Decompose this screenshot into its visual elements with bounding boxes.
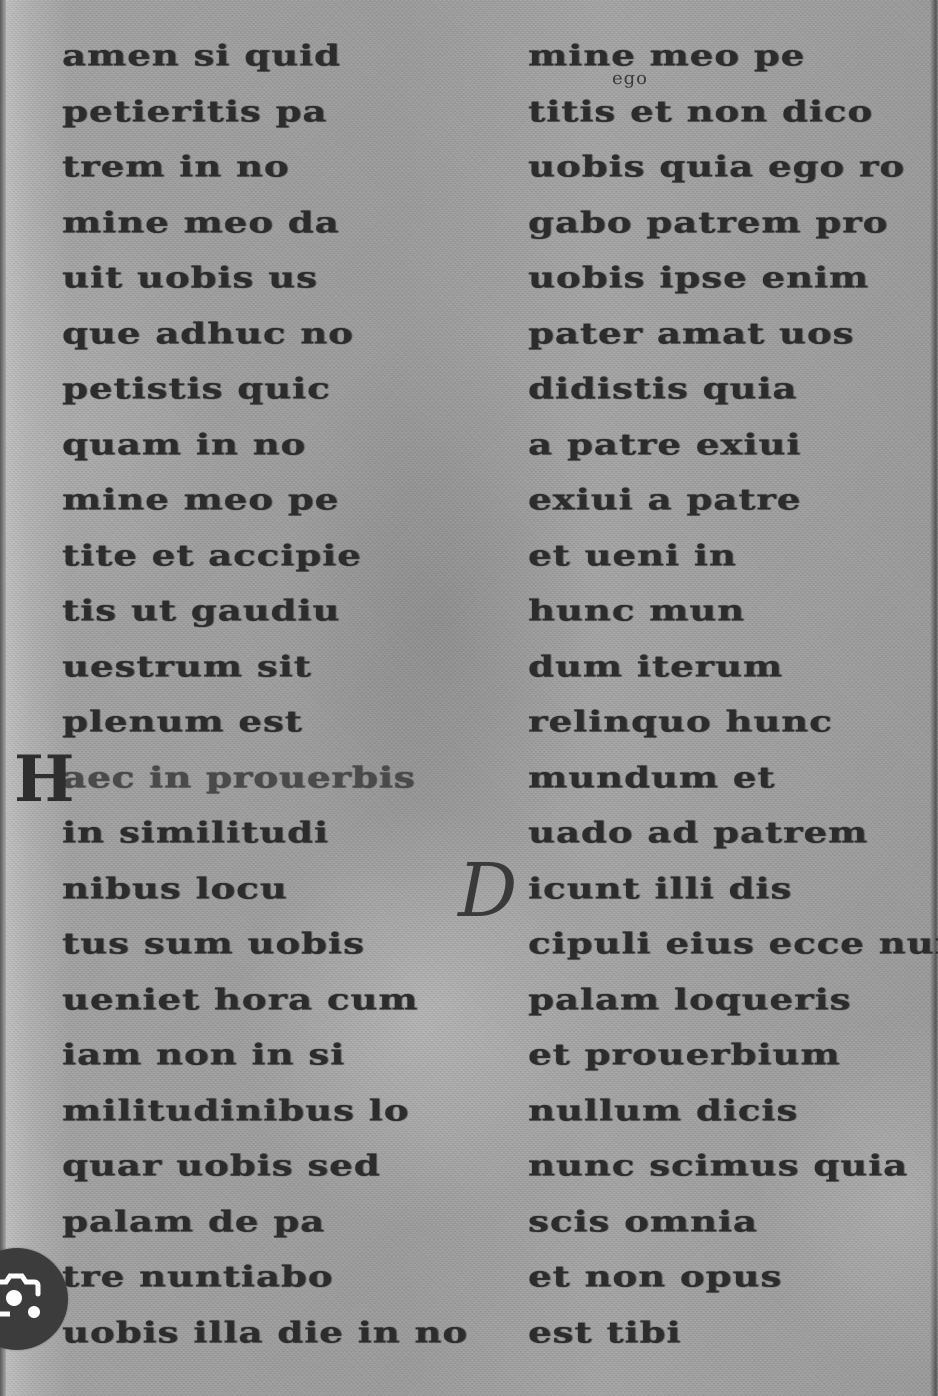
text-line: quar uobis sed: [62, 1144, 442, 1187]
text-line: uobis illa die in no: [62, 1311, 442, 1354]
text-line: dum iterum: [528, 645, 928, 688]
text-line: mine meo pe: [528, 34, 928, 77]
text-line: didistis quia: [528, 367, 928, 410]
text-line: est tibi: [528, 1311, 928, 1354]
text-line: hunc mun: [528, 589, 928, 632]
text-line: a patre exiui: [528, 423, 928, 466]
text-line: pater amat uos: [528, 312, 928, 355]
text-line: tis ut gaudiu: [62, 589, 442, 632]
text-line: tus sum uobis: [62, 922, 442, 965]
manuscript-page: amen si quid petieritis pa trem in no mi…: [0, 0, 938, 1396]
text-line: tre nuntiabo: [62, 1255, 442, 1298]
text-line: nunc scimus quia: [528, 1144, 928, 1187]
text-line: uobis quia ego ro: [528, 145, 928, 188]
text-line: titis et non dico: [528, 90, 928, 133]
text-line: amen si quid: [62, 34, 442, 77]
text-line: uado ad patrem: [528, 811, 928, 854]
text-line: exiui a patre: [528, 478, 928, 521]
text-line: cipuli eius ecce nunc: [528, 922, 928, 965]
text-line: plenum est: [62, 700, 442, 743]
page-edge: [0, 0, 6, 1396]
text-line: quam in no: [62, 423, 442, 466]
text-line: uobis ipse enim: [528, 256, 928, 299]
text-line: petieritis pa: [62, 90, 442, 133]
text-line: mine meo da: [62, 201, 442, 244]
text-line: ueniet hora cum: [62, 978, 442, 1021]
image-search-button[interactable]: [0, 1248, 68, 1350]
text-line: et non opus: [528, 1255, 928, 1298]
text-line: icunt illi dis: [528, 867, 928, 910]
text-line: militudinibus lo: [62, 1089, 442, 1132]
right-column: mine meo pe titis et non dico uobis quia…: [528, 28, 928, 1360]
left-column: amen si quid petieritis pa trem in no mi…: [62, 28, 442, 1360]
text-line: nibus locu: [62, 867, 442, 910]
marginal-initial-d: D: [458, 848, 517, 934]
text-line: uit uobis us: [62, 256, 442, 299]
text-line: scis omnia: [528, 1200, 928, 1243]
text-line: et prouerbium: [528, 1033, 928, 1076]
text-line: relinquo hunc: [528, 700, 928, 743]
text-line: que adhuc no: [62, 312, 442, 355]
text-line: iam non in si: [62, 1033, 442, 1076]
text-line: petistis quic: [62, 367, 442, 410]
camera-search-icon: [0, 1270, 44, 1322]
text-line: gabo patrem pro: [528, 201, 928, 244]
text-line: mine meo pe: [62, 478, 442, 521]
text-line: palam loqueris: [528, 978, 928, 1021]
marginal-initial-h: H: [14, 742, 74, 817]
text-line: in similitudi: [62, 811, 442, 854]
text-line: nullum dicis: [528, 1089, 928, 1132]
text-line: tite et accipie: [62, 534, 442, 577]
text-line: trem in no: [62, 145, 442, 188]
text-line: aec in prouerbis: [62, 756, 442, 799]
text-line: et ueni in: [528, 534, 928, 577]
text-line: mundum et: [528, 756, 928, 799]
text-line: uestrum sit: [62, 645, 442, 688]
text-line: palam de pa: [62, 1200, 442, 1243]
